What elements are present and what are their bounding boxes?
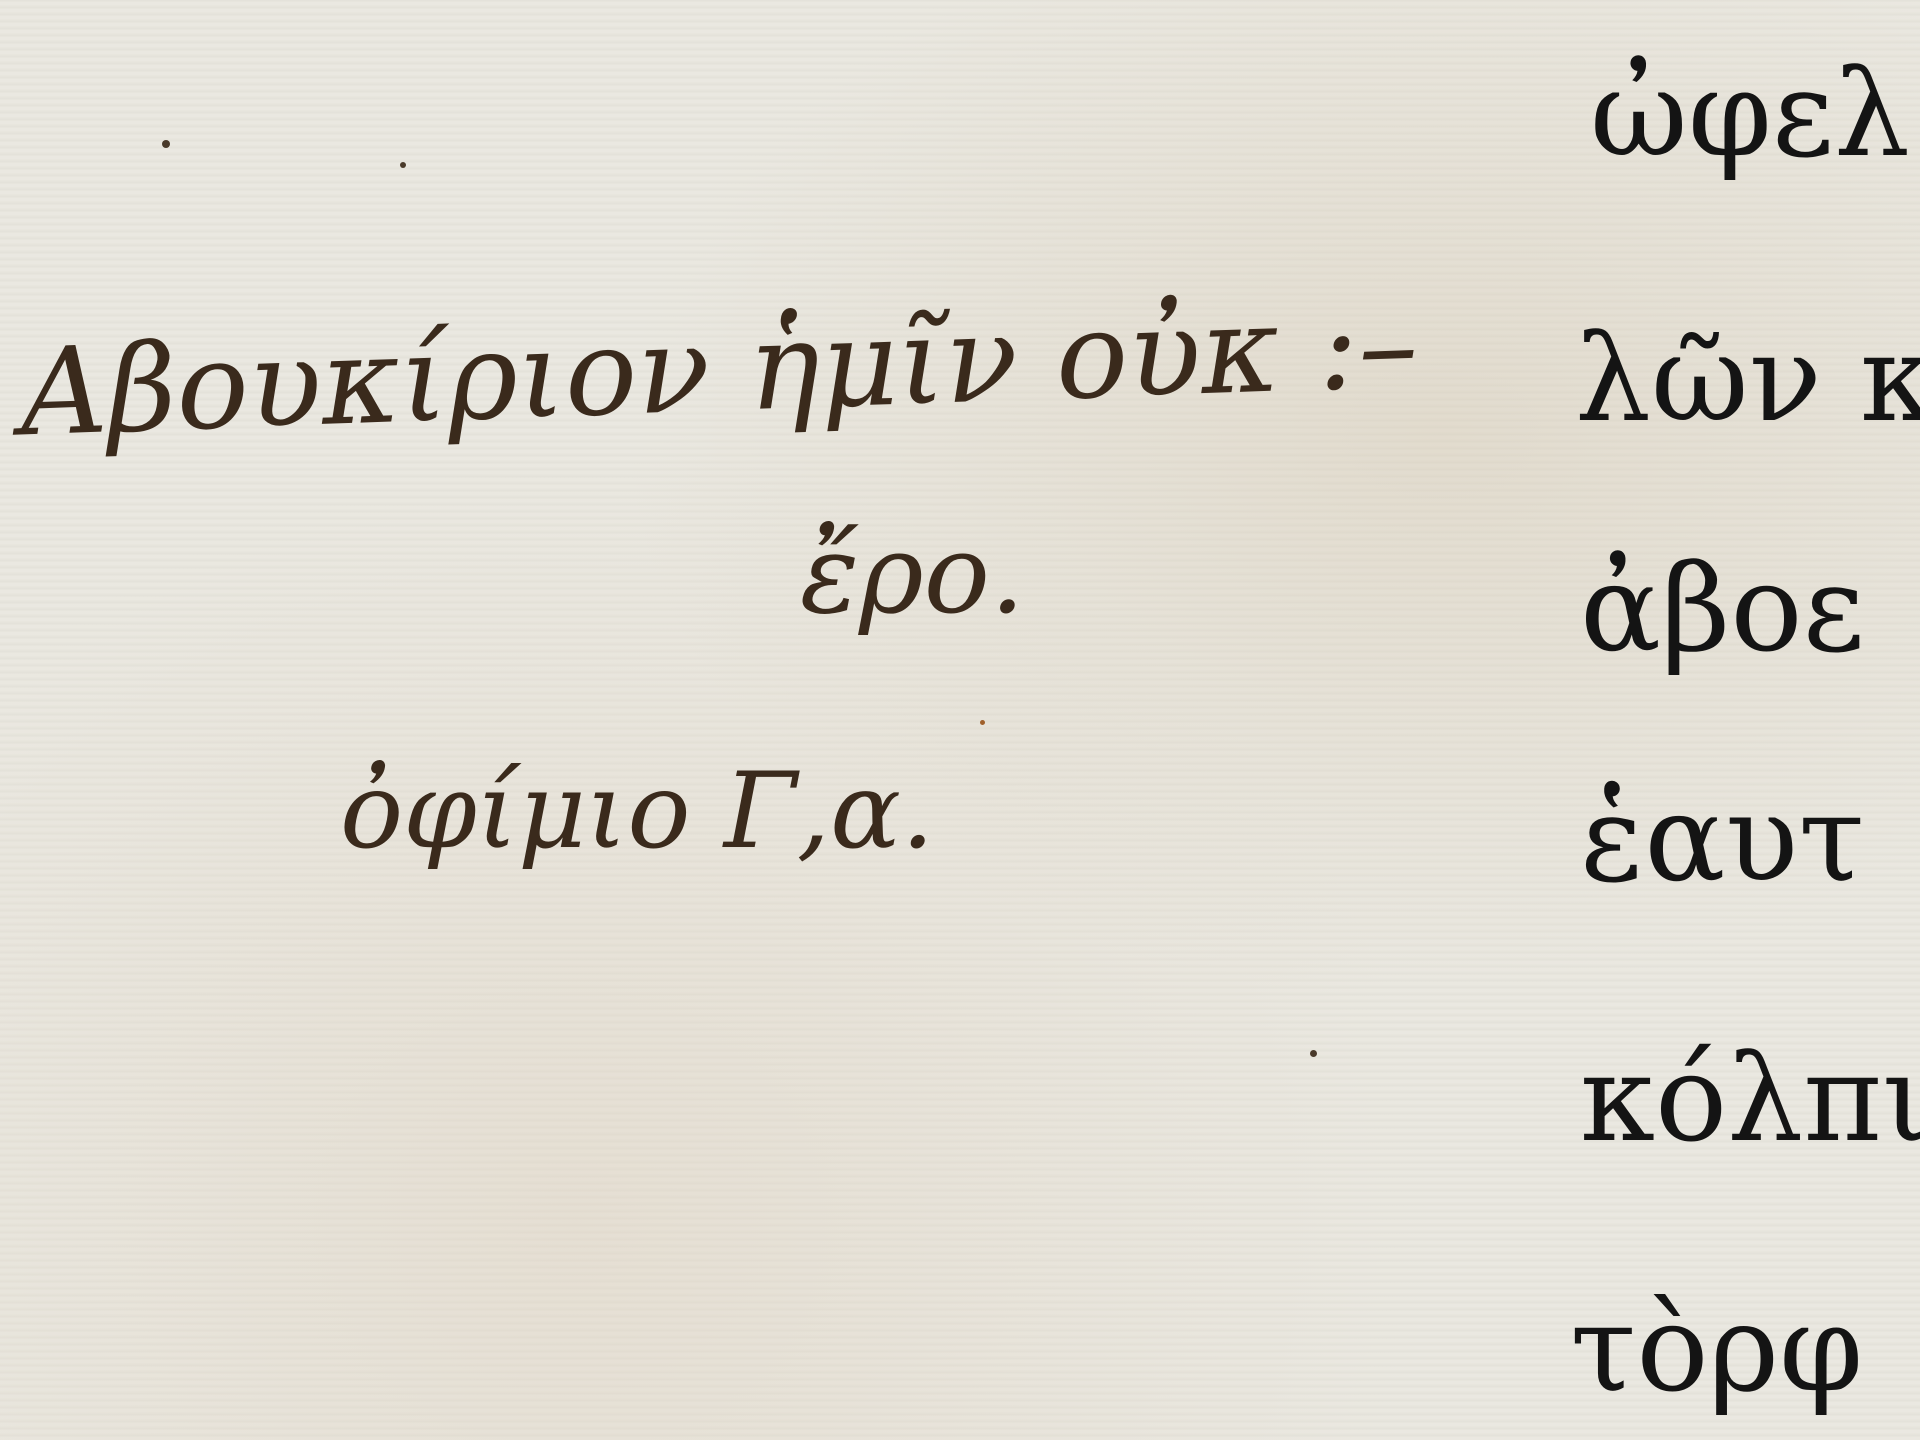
ink-speck [980,720,985,725]
marginal-note-line-1: Αβουκίριον ἡμῖν οὐκ :– [18,276,1420,464]
manuscript-page: Αβουκίριον ἡμῖν οὐκ :– ἔρο. ὀφίμιο Γ,α. … [0,0,1920,1440]
ink-speck [162,140,170,148]
ink-speck [1310,1050,1317,1057]
ink-speck [400,162,406,168]
printed-line-5: κόλπι [1580,1030,1920,1169]
marginal-note-line-3: ὀφίμιο Γ,α. [340,750,934,872]
printed-line-4: ἑαυτ [1580,770,1865,909]
marginal-note-line-2: ἔρο. [800,510,1025,638]
printed-line-1: ὠφελ [1590,45,1910,184]
printed-line-2: λῶν κ [1575,310,1920,449]
printed-line-6: τὸρφ [1570,1280,1863,1419]
printed-line-3: ἀβοε [1580,540,1865,679]
